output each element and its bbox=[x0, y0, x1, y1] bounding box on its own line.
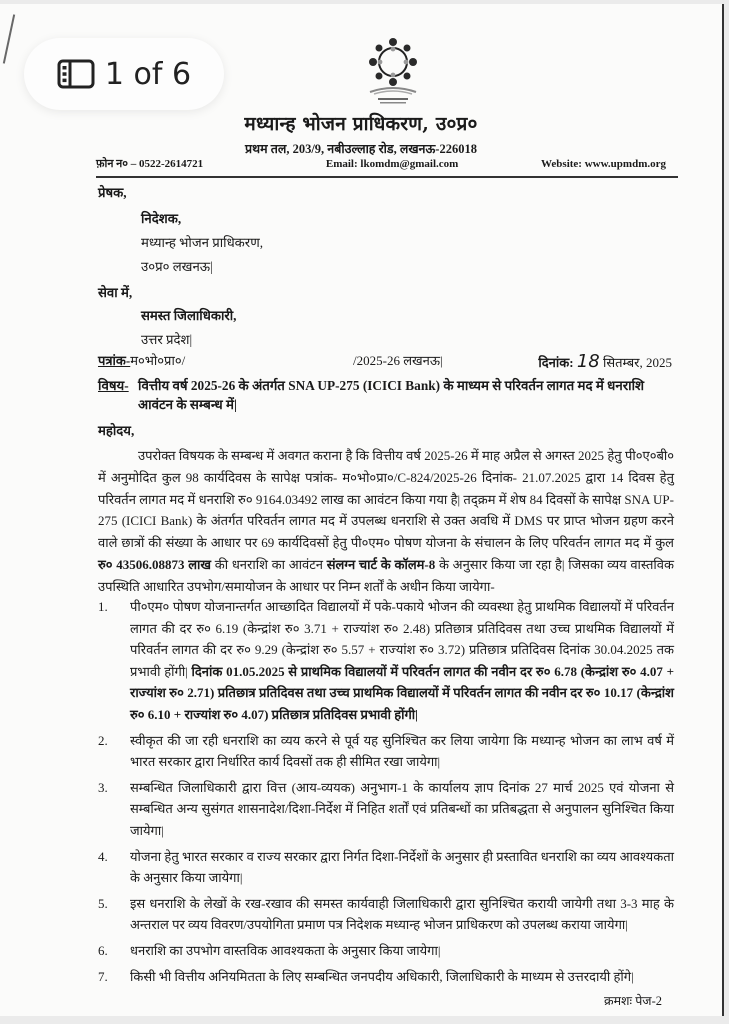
intro-paragraph: उपरोक्त विषयक के सम्बन्ध में अवगत कराना … bbox=[98, 445, 674, 598]
recipient-designation: समस्त जिलाधिकारी, bbox=[141, 307, 236, 325]
conditions-list: 1.पी०एम० पोषण योजनान्तर्गत आच्छादित विद्… bbox=[98, 596, 674, 991]
condition-item: 5.इस धनराशि के लेखों के रख-रखाव की समस्त… bbox=[98, 893, 674, 936]
condition-number: 2. bbox=[98, 730, 108, 752]
condition-bold-text: दिनांक 01.05.2025 से प्राथमिक विद्यालयों… bbox=[130, 664, 674, 722]
condition-item: 7.किसी भी वित्तीय अनियमितता के लिए सम्बन… bbox=[98, 966, 674, 988]
page-indicator[interactable]: 1 of 6 bbox=[24, 38, 224, 110]
condition-text: योजना हेतु भारत सरकार व राज्य सरकार द्वा… bbox=[130, 849, 674, 886]
email-address: Email: lkomdm@gmail.com bbox=[326, 158, 458, 170]
organization-name: मध्यान्ह भोजन प्राधिकरण, उ०प्र० bbox=[0, 110, 722, 136]
condition-text: स्वीकृत की जा रही धनराशि का व्यय करने से… bbox=[130, 733, 674, 770]
document-page: मध्यान्ह भोजन प्राधिकरण, उ०प्र० प्रथम तल… bbox=[0, 4, 724, 1016]
intro-text-2: की धनराशि का आवंटन bbox=[211, 557, 327, 572]
condition-number: 7. bbox=[98, 966, 108, 988]
condition-item: 3.सम्बन्धित जिलाधिकारी द्वारा वित्त (आय-… bbox=[98, 777, 674, 842]
annex-reference: संलग्न चार्ट के कॉलम-8 bbox=[327, 557, 436, 572]
date-month-year: सितम्बर, 2025 bbox=[603, 355, 672, 370]
continuation-note: क्रमशः पेज-2 bbox=[604, 992, 662, 1009]
condition-text: सम्बन्धित जिलाधिकारी द्वारा वित्त (आय-व्… bbox=[130, 780, 674, 838]
page-count-label: 1 of 6 bbox=[105, 57, 191, 92]
sender-city: उ०प्र० लखनऊ| bbox=[141, 258, 213, 276]
reference-label: पत्रांक- bbox=[98, 353, 130, 368]
condition-item: 2.स्वीकृत की जा रही धनराशि का व्यय करने … bbox=[98, 730, 674, 773]
condition-item: 6.धनराशि का उपभोग वास्तविक आवश्यकता के अ… bbox=[98, 940, 674, 962]
condition-text: किसी भी वित्तीय अनियमितता के लिए सम्बन्ध… bbox=[130, 969, 634, 984]
mid-day-meal-logo-icon bbox=[356, 36, 430, 108]
condition-text: धनराशि का उपभोग वास्तविक आवश्यकता के अनु… bbox=[130, 943, 440, 958]
sidebar-thumbnails-icon bbox=[57, 59, 95, 89]
reference-suffix: /2025-26 लखनऊ| bbox=[353, 351, 443, 369]
condition-item: 1.पी०एम० पोषण योजनान्तर्गत आच्छादित विद्… bbox=[98, 596, 674, 726]
salutation: महोदय, bbox=[98, 422, 134, 440]
intro-text-1: उपरोक्त विषयक के सम्बन्ध में अवगत कराना … bbox=[98, 448, 674, 550]
subject: विषय- वित्तीय वर्ष 2025-26 के अंतर्गत SN… bbox=[98, 376, 676, 415]
reference-prefix: म०भो०प्रा०/ bbox=[130, 353, 185, 368]
reference-row: पत्रांक-म०भो०प्रा०/ /2025-26 लखनऊ| दिनां… bbox=[98, 351, 672, 369]
condition-number: 5. bbox=[98, 893, 108, 915]
scan-mark bbox=[3, 14, 15, 63]
recipient-label: सेवा में, bbox=[98, 284, 132, 302]
header-divider bbox=[96, 176, 678, 178]
sender-office: मध्यान्ह भोजन प्राधिकरण, bbox=[141, 234, 263, 252]
letter-date: दिनांक: 18 सितम्बर, 2025 bbox=[538, 351, 672, 372]
phone-number: फ़ोन न० – 0522-2614721 bbox=[96, 156, 203, 171]
allocated-amount: रु० 43506.08873 लाख bbox=[98, 557, 211, 572]
condition-number: 1. bbox=[98, 596, 108, 618]
condition-number: 3. bbox=[98, 777, 108, 799]
sender-designation: निदेशक, bbox=[141, 210, 181, 228]
subject-label: विषय- bbox=[98, 376, 129, 395]
sender-label: प्रेषक, bbox=[98, 184, 127, 202]
condition-number: 4. bbox=[98, 846, 108, 868]
website: Website: www.upmdm.org bbox=[541, 158, 666, 170]
condition-number: 6. bbox=[98, 940, 108, 962]
condition-text: इस धनराशि के लेखों के रख-रखाव की समस्त क… bbox=[130, 896, 674, 933]
subject-text: वित्तीय वर्ष 2025-26 के अंतर्गत SNA UP-2… bbox=[138, 376, 676, 415]
date-label: दिनांक: bbox=[538, 355, 573, 370]
condition-item: 4.योजना हेतु भारत सरकार व राज्य सरकार द्… bbox=[98, 846, 674, 889]
contact-row: फ़ोन न० – 0522-2614721 Email: lkomdm@gma… bbox=[96, 156, 666, 171]
date-day-handwritten: 18 bbox=[577, 351, 600, 372]
recipient-state: उत्तर प्रदेश| bbox=[141, 331, 192, 349]
organization-address: प्रथम तल, 203/9, नबीउल्लाह रोड, लखनऊ-226… bbox=[0, 140, 722, 157]
